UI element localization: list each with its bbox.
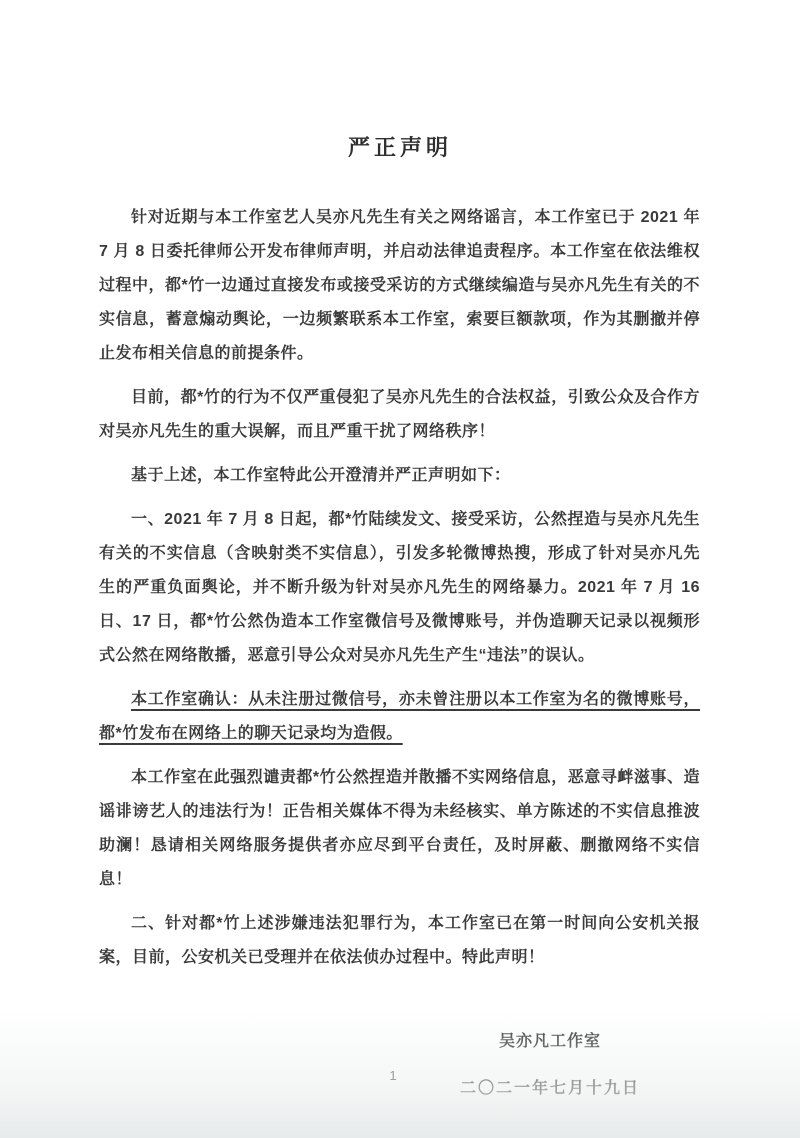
paragraph-condemnation: 本工作室在此强烈谴责都*竹公然捏造并散播不实网络信息，恶意寻衅滋事、造谣诽谤艺人… [99,761,700,897]
paragraph-declare-lead: 基于上述，本工作室特此公开澄清并严正声明如下： [99,459,700,493]
signature-studio-name: 吴亦凡工作室 [400,1025,700,1059]
paragraph-intro: 针对近期与本工作室艺人吴亦凡先生有关之网络谣言，本工作室已于 2021 年 7 … [99,201,700,371]
paragraph-confirmation-underlined: 本工作室确认：从未注册过微信号，亦未曾注册以本工作室为名的微博账号，都*竹发布在… [99,683,700,751]
document-body: 针对近期与本工作室艺人吴亦凡先生有关之网络谣言，本工作室已于 2021 年 7 … [99,201,700,975]
paragraph-current-harm: 目前，都*竹的行为不仅严重侵犯了吴亦凡先生的合法权益，引致公众及合作方对吴亦凡先… [99,381,700,449]
paragraph-item-one: 一、2021 年 7 月 8 日起，都*竹陆续发文、接受采访，公然捏造与吴亦凡先… [99,503,700,673]
document-title: 严正声明 [0,0,800,162]
page-number: 1 [0,1068,786,1083]
document-page: 严正声明 针对近期与本工作室艺人吴亦凡先生有关之网络谣言，本工作室已于 2021… [0,0,800,1138]
signature-block: 吴亦凡工作室 二〇二一年七月十九日 [400,1025,700,1106]
paragraph-item-two: 二、针对都*竹上述涉嫌违法犯罪行为，本工作室已在第一时间向公安机关报案，目前，公… [99,907,700,975]
